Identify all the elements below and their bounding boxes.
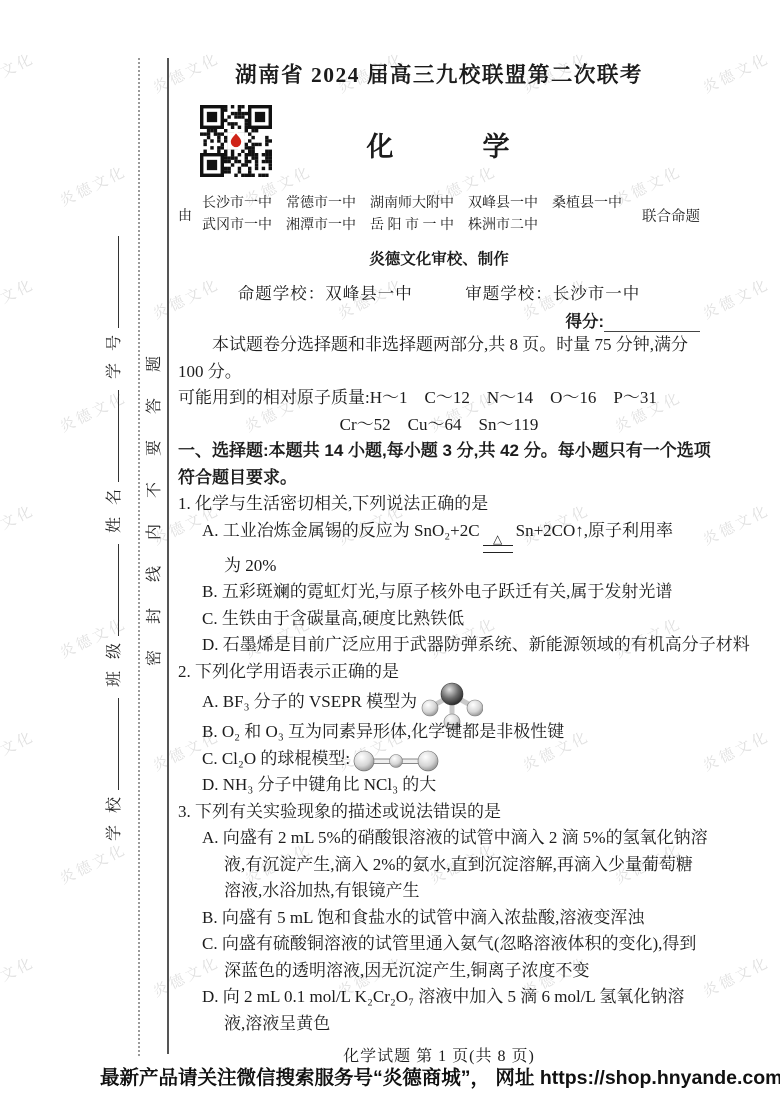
exam-page: 湖南省 2024 届高三九校联盟第二次联考 化 学 由 长沙市一中 常德市一中 … [178,52,700,1066]
field-class-label: 班 级 [106,639,123,687]
seal-line-text: 密封线内不要答题 [141,0,164,1056]
subject-header: 化 学 [178,89,700,185]
reaction-condition: △ [483,534,513,553]
watermark-text: 炎德文化 [0,725,38,775]
q2-option-d: D. NH₃ 分子中键角比 NCl₃ 的大 [178,772,700,799]
q3-option-a-line1: A. 向盛有 2 mL 5%的硝酸银溶液的试管中滴入 2 滴 5%的氢氧化钠溶 [178,825,700,852]
school-row-2: 武冈市一中 湘潭市一中 岳 阳 市 一 中 株洲市二中 [202,215,640,237]
watermark-text: 炎德文化 [699,725,773,775]
watermark-text: 炎德文化 [0,951,38,1001]
q2-option-c: C. Cl₂O 的球棍模型: [178,746,700,773]
field-class-blank [103,544,119,636]
proposer-line: 命题学校：双峰县一中 审题学校：长沙市一中 [178,280,700,304]
field-school-blank [103,698,119,790]
review-line: 炎德文化审校、制作 [178,247,700,269]
section1-heading-2: 符合题目要求。 [178,465,700,492]
field-number-blank [103,236,119,328]
by-label: 由 [178,205,192,225]
field-name-blank [103,390,119,482]
qr-code-icon [200,105,272,177]
q1-option-c: C. 生铁由于含碳量高,硬度比熟铁低 [178,606,700,633]
watermark-text: 炎德文化 [0,47,38,97]
q2-option-a: A. BF₃ 分子的 VSEPR 模型为 [178,685,700,719]
q1-stem: 1. 化学与生活密切相关,下列说法正确的是 [178,491,700,518]
field-name-label: 姓 名 [106,485,123,533]
q1-option-a-cont: 为 20% [178,553,700,580]
field-number-label: 学 号 [106,331,123,379]
q2-option-b: B. O₂ 和 O₃ 互为同素异形体,化学键都是非极性键 [178,719,700,746]
watermark-text: 炎德文化 [699,499,773,549]
atomic-masses-1: 可能用到的相对原子质量:H～1 C～12 N～14 O～16 P～31 [178,385,700,412]
q1-option-b: B. 五彩斑斓的霓虹灯光,与原子核外电子跃迁有关,属于发射光谱 [178,579,700,606]
field-school-label: 学 校 [106,793,123,841]
score-blank [604,315,700,332]
watermark-text: 炎德文化 [0,499,38,549]
q3-option-d-line2: 液,溶液呈黄色 [178,1011,700,1038]
score-label: 得分: [566,313,605,331]
section1-heading-1: 一、选择题:本题共 14 小题,每小题 3 分,共 42 分。每小题只有一个选项 [178,438,700,465]
student-info-fields: 学 校 班 级 姓 名 学 号 [101,0,124,1056]
q1-option-d: D. 石墨烯是目前广泛应用于武器防弹系统、新能源领域的有机高分子材料 [178,632,700,659]
school-row-1: 长沙市一中 常德市一中 湖南师大附中 双峰县一中 桑植县一中 [202,193,640,215]
seal-solid-line [167,58,169,1054]
intro-line-1: 本试题卷分选择题和非选择题两部分,共 8 页。时量 75 分钟,满分 [178,332,700,359]
seal-dotted-line [138,58,140,1056]
q3-option-a-line2: 液,有沉淀产生,滴入 2%的氨水,直到沉淀溶解,再滴入少量葡萄糖 [178,852,700,879]
ball-stick-model-icon [352,749,440,773]
watermark-text: 炎德文化 [699,951,773,1001]
bottom-banner: 最新产品请关注微信搜索服务号“炎德商城”， 网址 https://shop.hn… [100,1062,780,1090]
schools-block: 由 长沙市一中 常德市一中 湖南师大附中 双峰县一中 桑植县一中 武冈市一中 湘… [178,193,700,237]
atomic-masses-2: Cr～52 Cu～64 Sn～119 [178,412,700,439]
watermark-text: 炎德文化 [699,47,773,97]
q3-option-b: B. 向盛有 5 mL 饱和食盐水的试管中滴入浓盐酸,溶液变浑浊 [178,905,700,932]
q3-option-a-line3: 溶液,水浴加热,有银镜产生 [178,878,700,905]
joint-label: 联合命题 [642,205,700,226]
q1-option-a: A. 工业冶炼金属锡的反应为 SnO₂+2C△Sn+2CO↑,原子利用率 [178,518,700,553]
watermark-text: 炎德文化 [699,273,773,323]
q3-option-d-line1: D. 向 2 mL 0.1 mol/L K₂Cr₂O₇ 溶液中加入 5 滴 6 … [178,984,700,1011]
q3-option-c-line1: C. 向盛有硫酸铜溶液的试管里通入氨气(忽略溶液体积的变化),得到 [178,931,700,958]
page-title: 湖南省 2024 届高三九校联盟第二次联考 [178,58,700,89]
q3-stem: 3. 下列有关实验现象的描述或说法错误的是 [178,799,700,826]
score-line: 得分: [178,308,700,332]
school-list: 长沙市一中 常德市一中 湖南师大附中 双峰县一中 桑植县一中 武冈市一中 湘潭市… [202,193,640,237]
q3-option-c-line2: 深蓝色的透明溶液,因无沉淀产生,铜离子浓度不变 [178,958,700,985]
watermark-text: 炎德文化 [0,273,38,323]
intro-line-2: 100 分。 [178,359,700,386]
